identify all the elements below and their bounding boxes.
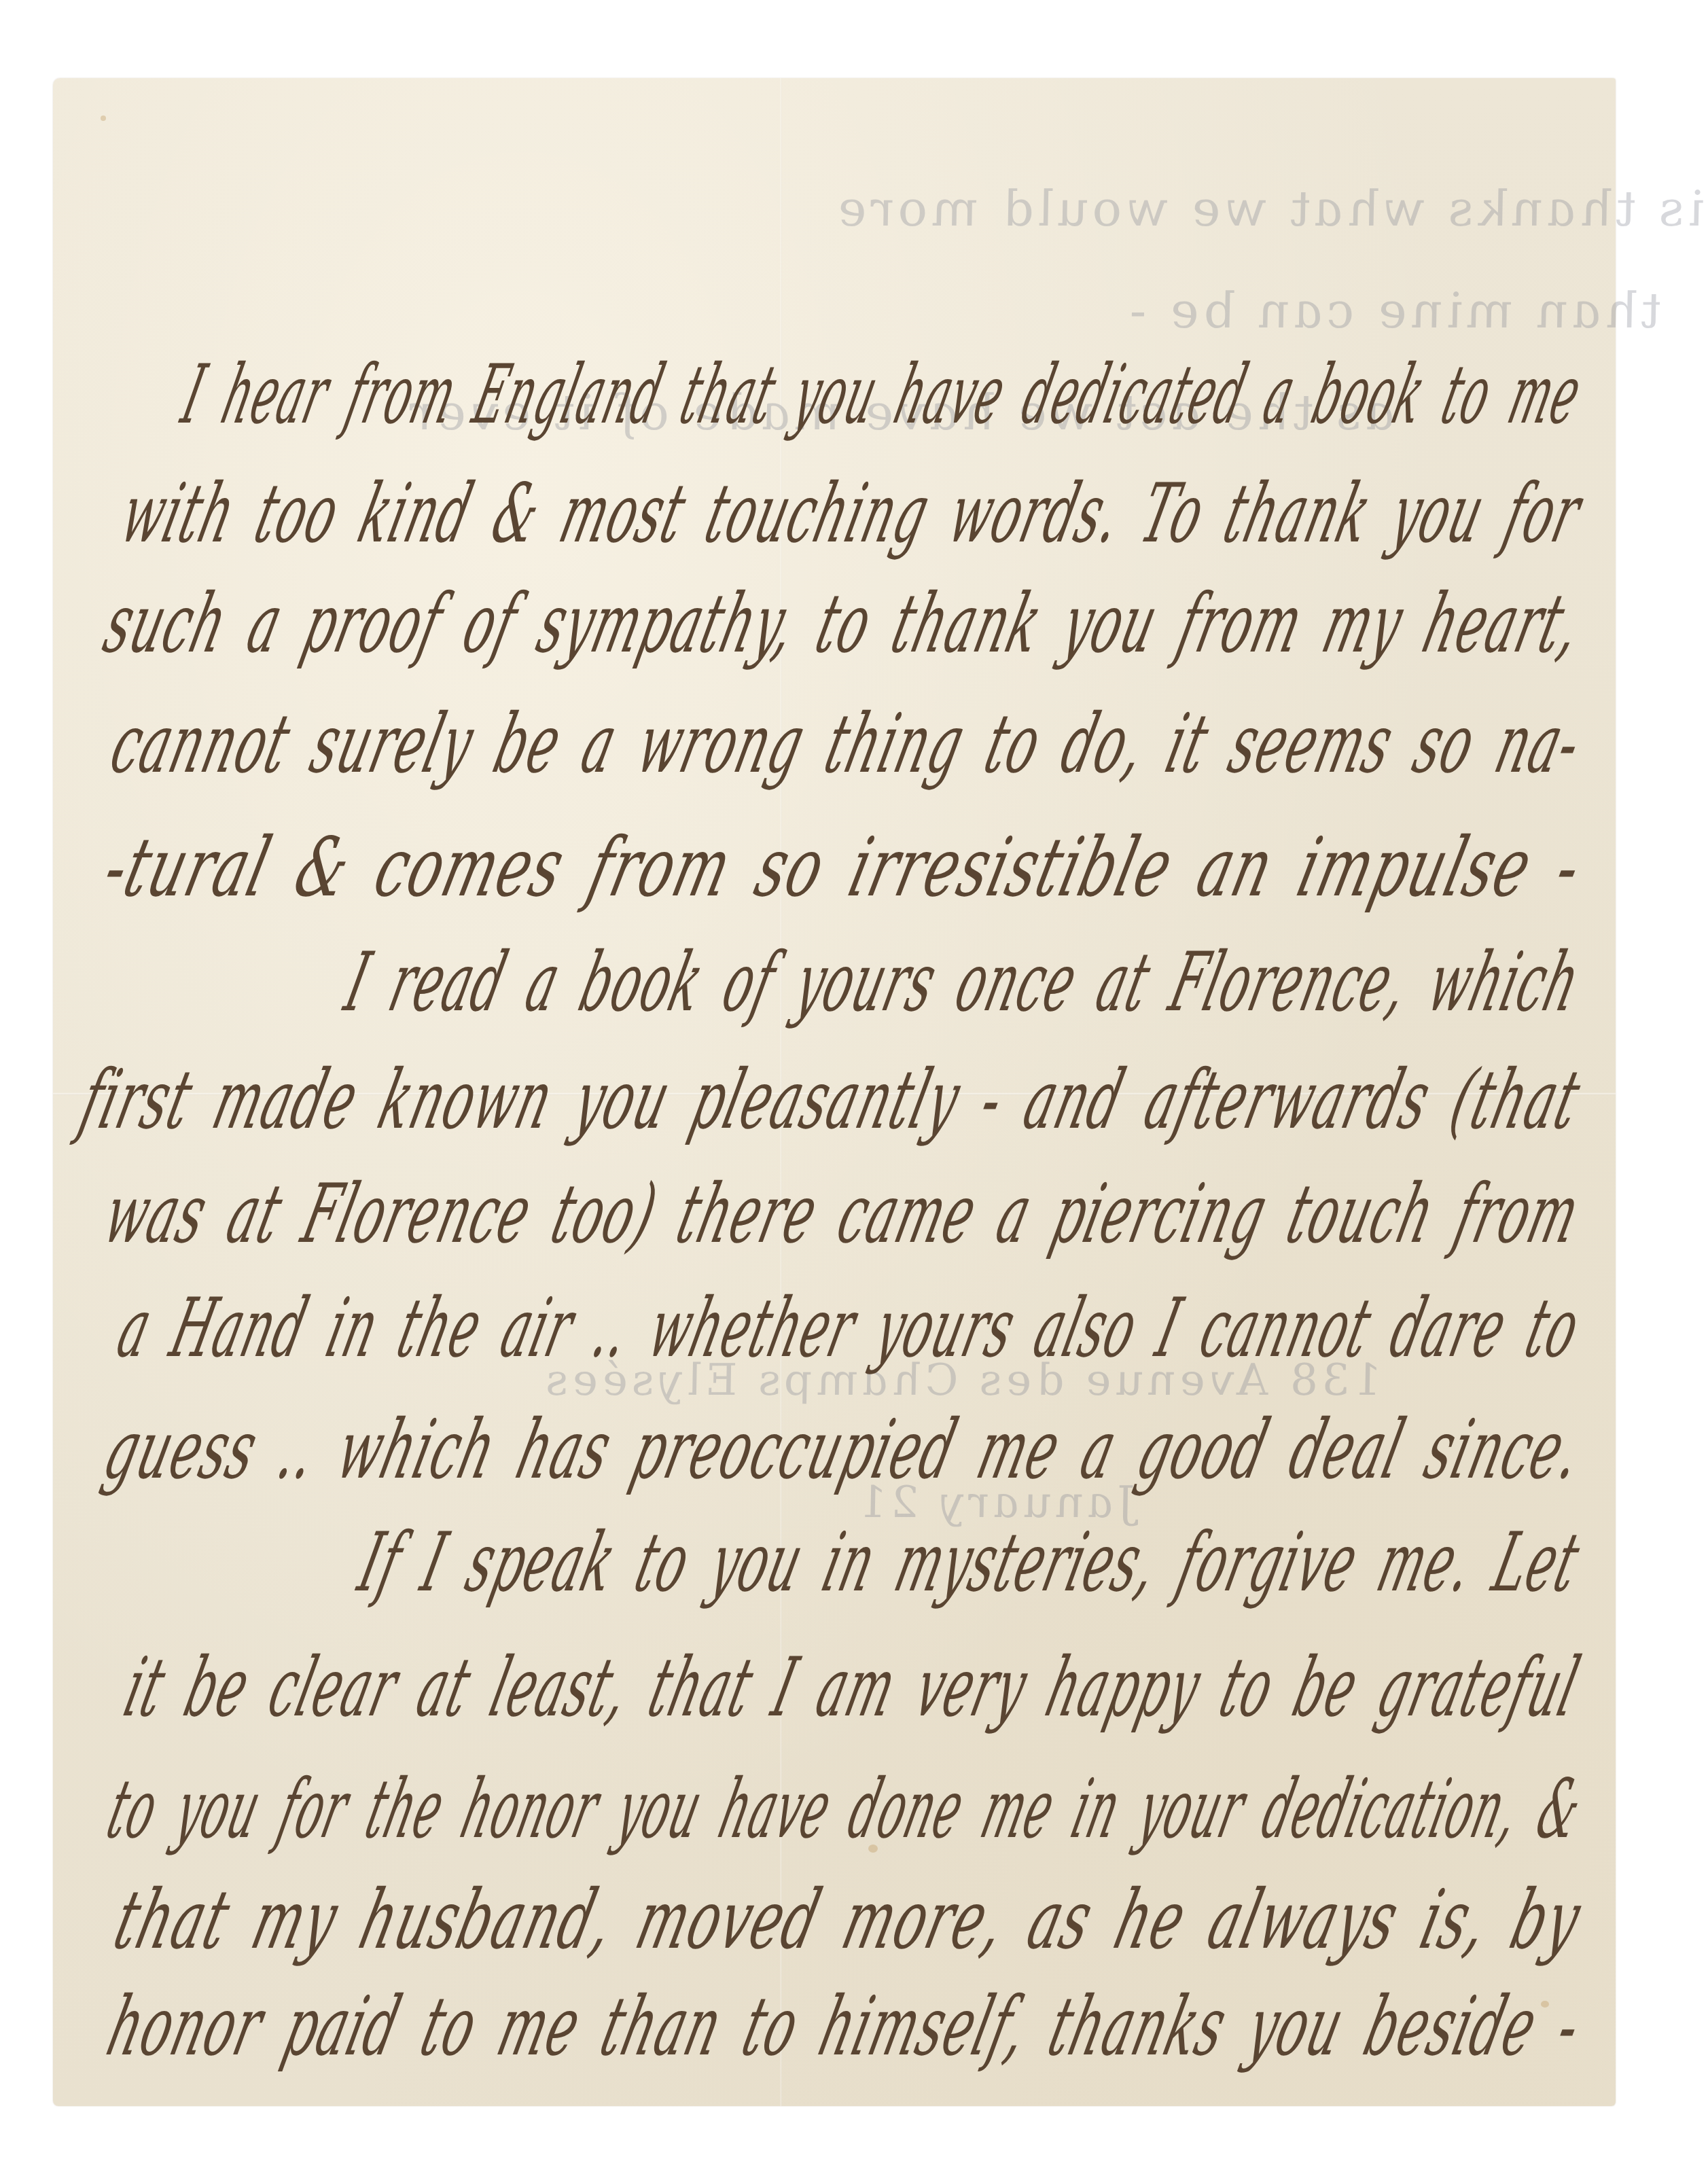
letter-line: with too kind & most touching words. To … — [114, 473, 1589, 554]
letter-line: honor paid to me than to himself, thanks… — [101, 1986, 1588, 2067]
letter-line: such a proof of sympathy, to thank you f… — [97, 583, 1589, 664]
letter-line: I hear from England that you have dedica… — [175, 354, 1589, 435]
foxing-spot — [101, 115, 106, 121]
letter-page: Sunt not high back his thanks what we wo… — [53, 78, 1616, 2106]
letter-line: it be clear at least, that I am very hap… — [118, 1647, 1587, 1728]
letter-line: If I speak to you in mysteries, forgive … — [352, 1522, 1588, 1603]
letter-line: a Hand in the air .. whether yours also … — [111, 1287, 1588, 1369]
letter-line: to you for the honor you have done me in… — [101, 1768, 1590, 1850]
letter-line: was at Florence too) there came a pierci… — [97, 1173, 1587, 1255]
bleed-through-text: Sunt not high back his thanks what we wo… — [828, 180, 1708, 237]
letter-line: I read a book of yours once at Florence,… — [338, 942, 1588, 1023]
letter-line: cannot surely be a wrong thing to do, it… — [104, 703, 1588, 785]
letter-line: first made known you pleasantly - and af… — [73, 1059, 1588, 1141]
letter-line: -tural & comes from so irresistible an i… — [97, 827, 1589, 908]
bleed-through-text: than mine can be - — [1120, 282, 1667, 339]
letter-line: that my husband, moved more, as he alway… — [107, 1879, 1588, 1961]
letter-line: guess .. which has preoccupied me a good… — [97, 1409, 1589, 1491]
